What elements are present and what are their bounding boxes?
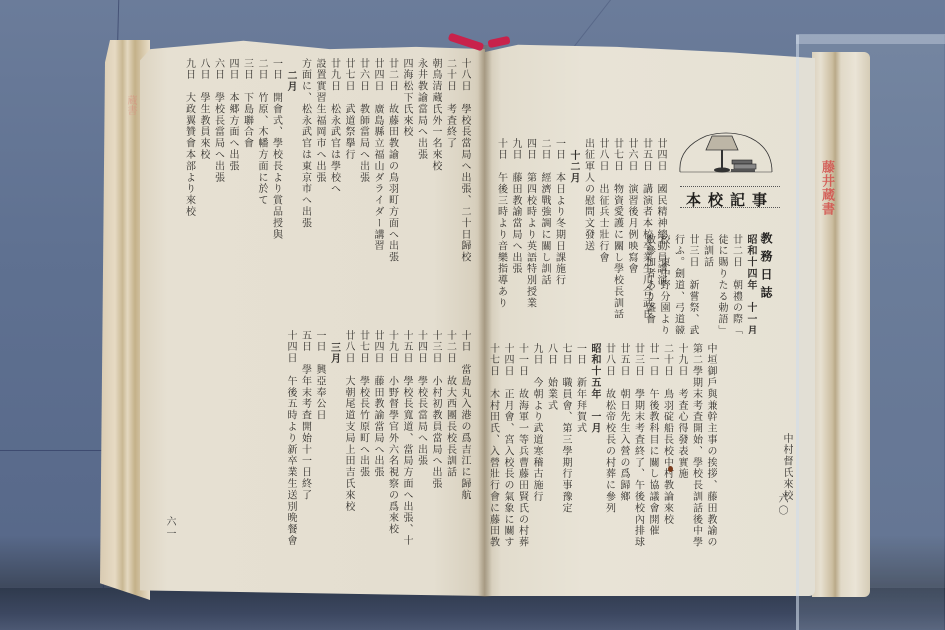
lamp-and-books-icon — [676, 128, 776, 176]
text-line: 校、東中野分園より多 — [657, 234, 671, 334]
text-line: 十八日 學校長當局へ出張、二十日歸校 — [458, 58, 472, 323]
text-line: 廿八日 故松帝校長の村葬に參列 — [602, 343, 616, 548]
right-page-lower-text: 中垣御戶與兼幹主事の挨拶、藤田教諭の經濟戰強調講演 第二學期末考査開始、學校長訓… — [486, 343, 717, 548]
month-heading: 二月 — [284, 58, 298, 323]
text-line: 數參加者あり盛會 — [642, 234, 656, 334]
book-gutter — [478, 45, 492, 597]
text-line: 廿五日 朝日先生入營の爲歸鄉 — [617, 343, 631, 548]
text-line: 十五日 學校長寬道、當局方面へ出張、十六日歸校 — [400, 330, 414, 545]
text-line: 行ふ。劍道、弓道競射、本 — [671, 234, 685, 334]
text-line: 廿六日 教師當局へ出張 — [356, 58, 370, 323]
text-line: 徒に賜りたる勅語」捧讀、學校 — [715, 234, 729, 334]
text-line: 廿二日 故藤田教諭の鳥羽町方面へ出張 — [385, 58, 399, 323]
text-line: 一日 本日より冬期日課施行 — [552, 138, 566, 318]
text-line: 廿三日 新嘗祭、武道大會 — [686, 234, 700, 334]
text-line: 六日 學校長當局へ出張 — [211, 58, 225, 323]
text-line: 三日 下島聯合會 — [240, 58, 254, 323]
left-page-lower-text: 十日 當島丸入港の爲吉江に歸航 十二日 故大西團長校長訓話 十三日 小村初教員當… — [284, 330, 472, 545]
text-line: 廿九日 松永武官は學校へ — [327, 58, 341, 323]
text-line: 永井教諭當局へ出張 — [414, 58, 428, 323]
text-line: 十九日 考査心得發表實施 — [675, 343, 689, 548]
text-line: 廿一日 午後教科目に關し協議會開催 — [646, 343, 660, 548]
text-line: 九日 今朝より武道寒稽古施行 — [530, 343, 544, 548]
text-line: 廿七日 武道祭擧行 — [342, 58, 356, 323]
text-line: 廿六日 演習後月例映寫會 — [625, 138, 639, 318]
text-line: 方面に、松永武官は東京市へ出張 — [298, 58, 312, 323]
text-line: 十二日 故大西團長校長訓話 — [443, 330, 457, 545]
text-line: 廿七日 學校長竹原町へ出張 — [356, 330, 370, 545]
acrylic-book-stand — [796, 35, 944, 630]
text-line: 出征軍人の慰問文發送 — [581, 138, 595, 318]
right-page: 廿四日 國民精神總動員講演 廿五日 講演者本校卒業生川合武氏外二名 廿六日 演習… — [485, 38, 815, 596]
month-heading: 十二月 — [567, 138, 581, 318]
text-line: 廿三日 學期末考査終了、午後校內排球大會 — [631, 343, 645, 548]
text-line: 十日 當島丸入港の爲吉江に歸航 — [458, 330, 472, 545]
left-page-upper-text: 十八日 學校長當局へ出張、二十日歸校 二十日 考査終了 朝鳥清蔵氏外一名來校 永… — [182, 58, 471, 323]
text-line: 二十日 鳥羽碇船長校中村教論來校 — [660, 343, 674, 548]
text-line: 朝鳥清蔵氏外一名來校 — [429, 58, 443, 323]
text-line: 十一日 故海軍一等兵曹藤田賢氏の村葬に參列 — [515, 343, 529, 548]
text-line: 一日 新年拜賀式 — [573, 343, 587, 548]
red-page-edge — [487, 36, 510, 48]
text-line: 廿八日 出征兵士壯行會 — [596, 138, 610, 318]
text-line: 八日 始業式 — [544, 343, 558, 548]
text-line: 九日 大政翼贊會本部より來校 — [182, 58, 196, 323]
text-line: 廿八日 大朝尾道支局上田吉氏來校 — [342, 330, 356, 545]
right-page-header-lines: 中村督氏來校 — [780, 433, 794, 533]
text-line: 四日 本郷方面へ出張 — [226, 58, 240, 323]
month-heading: 三月 — [327, 330, 341, 545]
text-line: 五日 學年末考査開始十一日終了 — [298, 330, 312, 545]
text-line: 十四日 正月會、宮入校長の氣象に關する講演あり — [501, 343, 515, 548]
text-line: 廿二日 朝禮の際「青少年學 — [729, 234, 743, 334]
text-line: 二日 竹原、木幡方面に於て — [255, 58, 269, 323]
left-page: 十八日 學校長當局へ出張、二十日歸校 二十日 考査終了 朝鳥清蔵氏外一名來校 永… — [140, 38, 485, 596]
text-line: 中村督氏來校 — [780, 433, 794, 533]
era-heading: 昭和十四年 十一月 — [744, 234, 758, 334]
text-line: 廿四日 藤田教諭當局へ出張 — [371, 330, 385, 545]
era-heading: 昭和十五年 一月 — [588, 343, 602, 548]
text-line: 十九日 小野督學官外六名視察の爲來校 — [385, 330, 399, 545]
journal-title: 教務日誌 — [758, 232, 775, 304]
text-line: 第二學期末考査開始、學校長訓話後中學へ赴かる — [689, 343, 703, 548]
page-number-left: 六一 — [162, 516, 177, 540]
faint-red-mark: 蔵書 — [124, 95, 138, 165]
text-line: 十四日 學校長當局へ出張 — [414, 330, 428, 545]
text-line: 十三日 小村初教員當局へ出張 — [429, 330, 443, 545]
text-line: 二日 經濟戰強調に關し訓話 — [538, 138, 552, 318]
text-line: 一日 開會式、學校長より賞品授與 — [269, 58, 283, 323]
text-line: 四海松下氏來校 — [400, 58, 414, 323]
page-number-right: 六〇 — [774, 493, 789, 517]
text-line: 八日 學生教員來校 — [197, 58, 211, 323]
text-line: 中垣御戶與兼幹主事の挨拶、藤田教諭の經濟戰強調講演 — [704, 343, 718, 548]
text-line: 二十日 考査終了 — [443, 58, 457, 323]
text-line: 長訓話 — [700, 234, 714, 334]
text-line: 七日 職員會、第三學期行事豫定 — [559, 343, 573, 548]
ink-stain — [668, 466, 673, 472]
section-title: 本校記事 — [680, 186, 780, 208]
text-line: 四日 第四校時より英語特別授業 — [523, 138, 537, 318]
text-line: 廿七日 物資愛護に關し學校長訓話 — [610, 138, 624, 318]
right-page-journal-text: 昭和十四年 十一月 廿二日 朝禮の際「青少年學 徒に賜りたる勅語」捧讀、學校 長… — [642, 234, 757, 334]
text-line: 一日 興亞奉公日 — [313, 330, 327, 545]
text-line: 十日 午後三時より音樂指導あり — [494, 138, 508, 318]
text-line: 十四日 午後五時より新卒業生送別晩餐會 — [284, 330, 298, 545]
text-line: 九日 藤田教諭當局へ出張 — [509, 138, 523, 318]
text-line: 廿四日 廣島縣立福山ダライダー講習 — [371, 58, 385, 323]
text-line: 設置實習生福岡市へ出張 — [313, 58, 327, 323]
